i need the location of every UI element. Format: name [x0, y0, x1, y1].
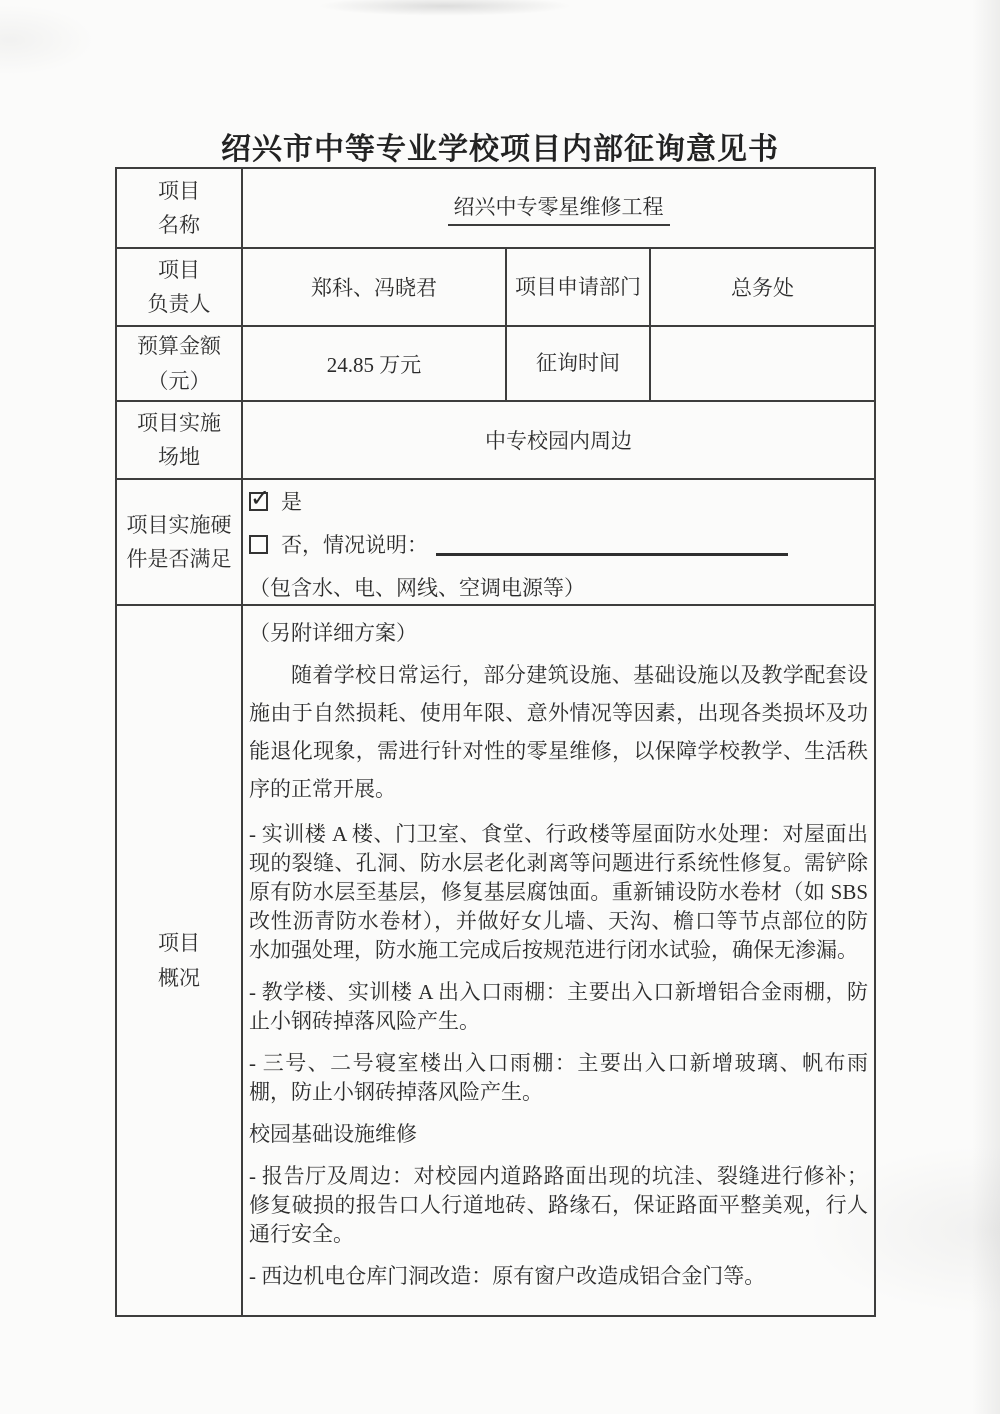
project-name-value: 绍兴中专零星维修工程 [448, 191, 670, 226]
row-project-name: 项目 名称 绍兴中专零星维修工程 [116, 168, 875, 248]
checked-checkbox-icon: ✓ [249, 492, 268, 511]
hardware-no-label: 否，情况说明： [281, 529, 428, 559]
apply-dept-label: 项目申请部门 [506, 248, 650, 326]
hardware-cell: ✓ 是 否，情况说明： （包含水、电、网线、空调电源等） [242, 479, 875, 605]
overview-paragraph: - 西边机电仓库门洞改造：原有窗户改造成铝合金门等。 [249, 1262, 868, 1291]
row-budget-time: 预算金额 （元） 24.85 万元 征询时间 [116, 326, 875, 401]
project-name-cell: 绍兴中专零星维修工程 [242, 168, 875, 248]
hardware-label: 项目实施硬 件是否满足 [116, 479, 242, 605]
budget-value: 24.85 万元 [242, 326, 506, 401]
overview-paragraph: 校园基础设施维修 [249, 1120, 868, 1149]
fill-in-blank-line [436, 533, 788, 556]
scanned-document-page: 绍兴市中等专业学校项目内部征询意见书 项目 名称 绍兴中专零星维修工程 项目 负… [0, 0, 1000, 1414]
row-leader-dept: 项目 负责人 郑科、冯晓君 项目申请部门 总务处 [116, 248, 875, 326]
project-name-label: 项目 名称 [116, 168, 242, 248]
overview-paragraph: 随着学校日常运行，部分建筑设施、基础设施以及教学配套设施由于自然损耗、使用年限、… [249, 656, 868, 808]
hardware-option-yes: ✓ 是 [249, 486, 868, 516]
row-overview: 项目 概况 （另附详细方案） 随着学校日常运行，部分建筑设施、基础设施以及教学配… [116, 605, 875, 1316]
apply-dept-value: 总务处 [650, 248, 875, 326]
leader-value: 郑科、冯晓君 [242, 248, 506, 326]
leader-label: 项目 负责人 [116, 248, 242, 326]
site-label: 项目实施 场地 [116, 401, 242, 479]
row-site: 项目实施 场地 中专校园内周边 [116, 401, 875, 479]
checkmark-icon: ✓ [250, 484, 270, 512]
hardware-note: （包含水、电、网线、空调电源等） [249, 572, 868, 602]
consult-time-value [650, 326, 875, 401]
consult-time-label: 征询时间 [506, 326, 650, 401]
hardware-yes-label: 是 [281, 486, 302, 516]
form-table: 项目 名称 绍兴中专零星维修工程 项目 负责人 郑科、冯晓君 项目申请部门 总务… [115, 167, 876, 1317]
budget-label: 预算金额 （元） [116, 326, 242, 401]
page-title: 绍兴市中等专业学校项目内部征询意见书 [0, 124, 1000, 168]
unchecked-checkbox-icon [249, 535, 268, 554]
row-hardware: 项目实施硬 件是否满足 ✓ 是 否，情况说明： （包含水、电、网线、空调电源等） [116, 479, 875, 605]
site-value: 中专校园内周边 [242, 401, 875, 479]
overview-paragraph: （另附详细方案） [249, 618, 868, 648]
overview-paragraph: - 实训楼 A 楼、门卫室、食堂、行政楼等屋面防水处理：对屋面出现的裂缝、孔洞、… [249, 820, 868, 965]
overview-paragraph: - 教学楼、实训楼 A 出入口雨棚：主要出入口新增铝合金雨棚，防止小钢砖掉落风险… [249, 978, 868, 1036]
overview-paragraph: - 三号、二号寝室楼出入口雨棚：主要出入口新增玻璃、帆布雨棚，防止小钢砖掉落风险… [249, 1049, 868, 1107]
hardware-option-no: 否，情况说明： [249, 529, 868, 559]
overview-cell: （另附详细方案） 随着学校日常运行，部分建筑设施、基础设施以及教学配套设施由于自… [242, 605, 875, 1316]
overview-label: 项目 概况 [116, 605, 242, 1316]
overview-paragraph: - 报告厅及周边：对校园内道路路面出现的坑洼、裂缝进行修补；修复破损的报告口人行… [249, 1162, 868, 1249]
